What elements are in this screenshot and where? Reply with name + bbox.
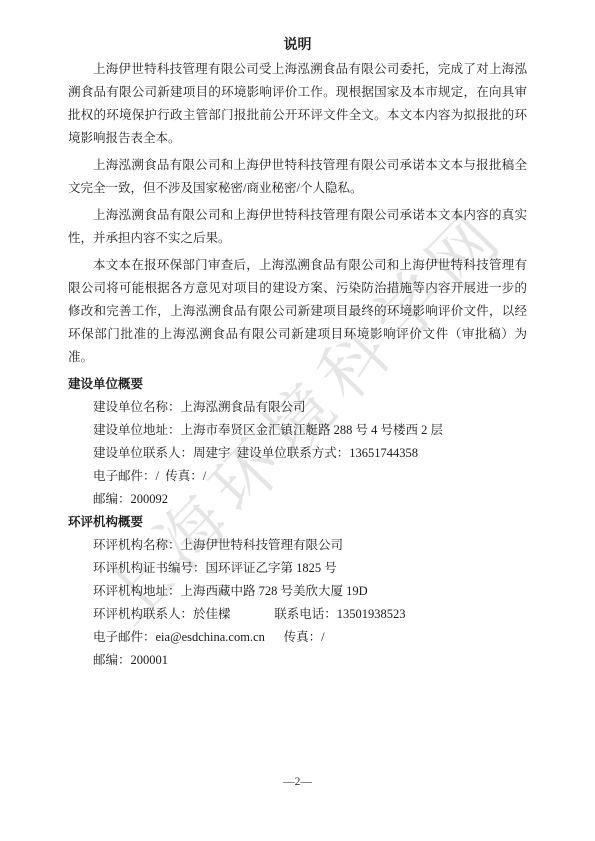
- page-number: —2—: [0, 776, 595, 788]
- section-heading-construction-unit: 建设单位概要: [68, 373, 527, 396]
- paragraph-consistency: 上海泓溯食品有限公司和上海伊世特科技管理有限公司承诺本文本与报批稿全文完全一致，…: [68, 154, 527, 200]
- construction-unit-address: 建设单位地址：上海市奉贤区金汇镇江艇路 288 号 4 号楼西 2 层: [93, 419, 527, 442]
- construction-unit-postcode: 邮编：200092: [93, 488, 527, 511]
- eia-agency-postcode: 邮编：200001: [93, 649, 527, 672]
- eia-agency-name: 环评机构名称：上海伊世特科技管理有限公司: [93, 534, 527, 557]
- construction-unit-email-fax: 电子邮件：/ 传真：/: [93, 465, 527, 488]
- document-page: 上海环境科学网 说明 上海伊世特科技管理有限公司受上海泓溯食品有限公司委托，完成…: [0, 0, 595, 841]
- eia-agency-contact: 环评机构联系人：於佳樑 联系电话：13501938523: [93, 603, 527, 626]
- paragraph-authenticity: 上海泓溯食品有限公司和上海伊世特科技管理有限公司承诺本文本内容的真实性，并承担内…: [68, 204, 527, 250]
- section-heading-eia-agency: 环评机构概要: [68, 511, 527, 534]
- page-title: 说明: [68, 35, 527, 56]
- construction-unit-contact: 建设单位联系人：周建宇 建设单位联系方式：13651744358: [93, 442, 527, 465]
- construction-unit-name: 建设单位名称：上海泓溯食品有限公司: [93, 396, 527, 419]
- eia-agency-address: 环评机构地址：上海西藏中路 728 号美欣大厦 19D: [93, 580, 527, 603]
- eia-agency-email-fax: 电子邮件：eia@esdchina.com.cn 传真：/: [93, 626, 527, 649]
- eia-agency-certificate: 环评机构证书编号：国环评证乙字第 1825 号: [93, 557, 527, 580]
- paragraph-commission: 上海伊世特科技管理有限公司受上海泓溯食品有限公司委托，完成了对上海泓溯食品有限公…: [68, 58, 527, 150]
- document-content: 说明 上海伊世特科技管理有限公司受上海泓溯食品有限公司委托，完成了对上海泓溯食品…: [0, 0, 595, 672]
- paragraph-revision: 本文本在报环保部门审查后，上海泓溯食品有限公司和上海伊世特科技管理有限公司将可能…: [68, 254, 527, 369]
